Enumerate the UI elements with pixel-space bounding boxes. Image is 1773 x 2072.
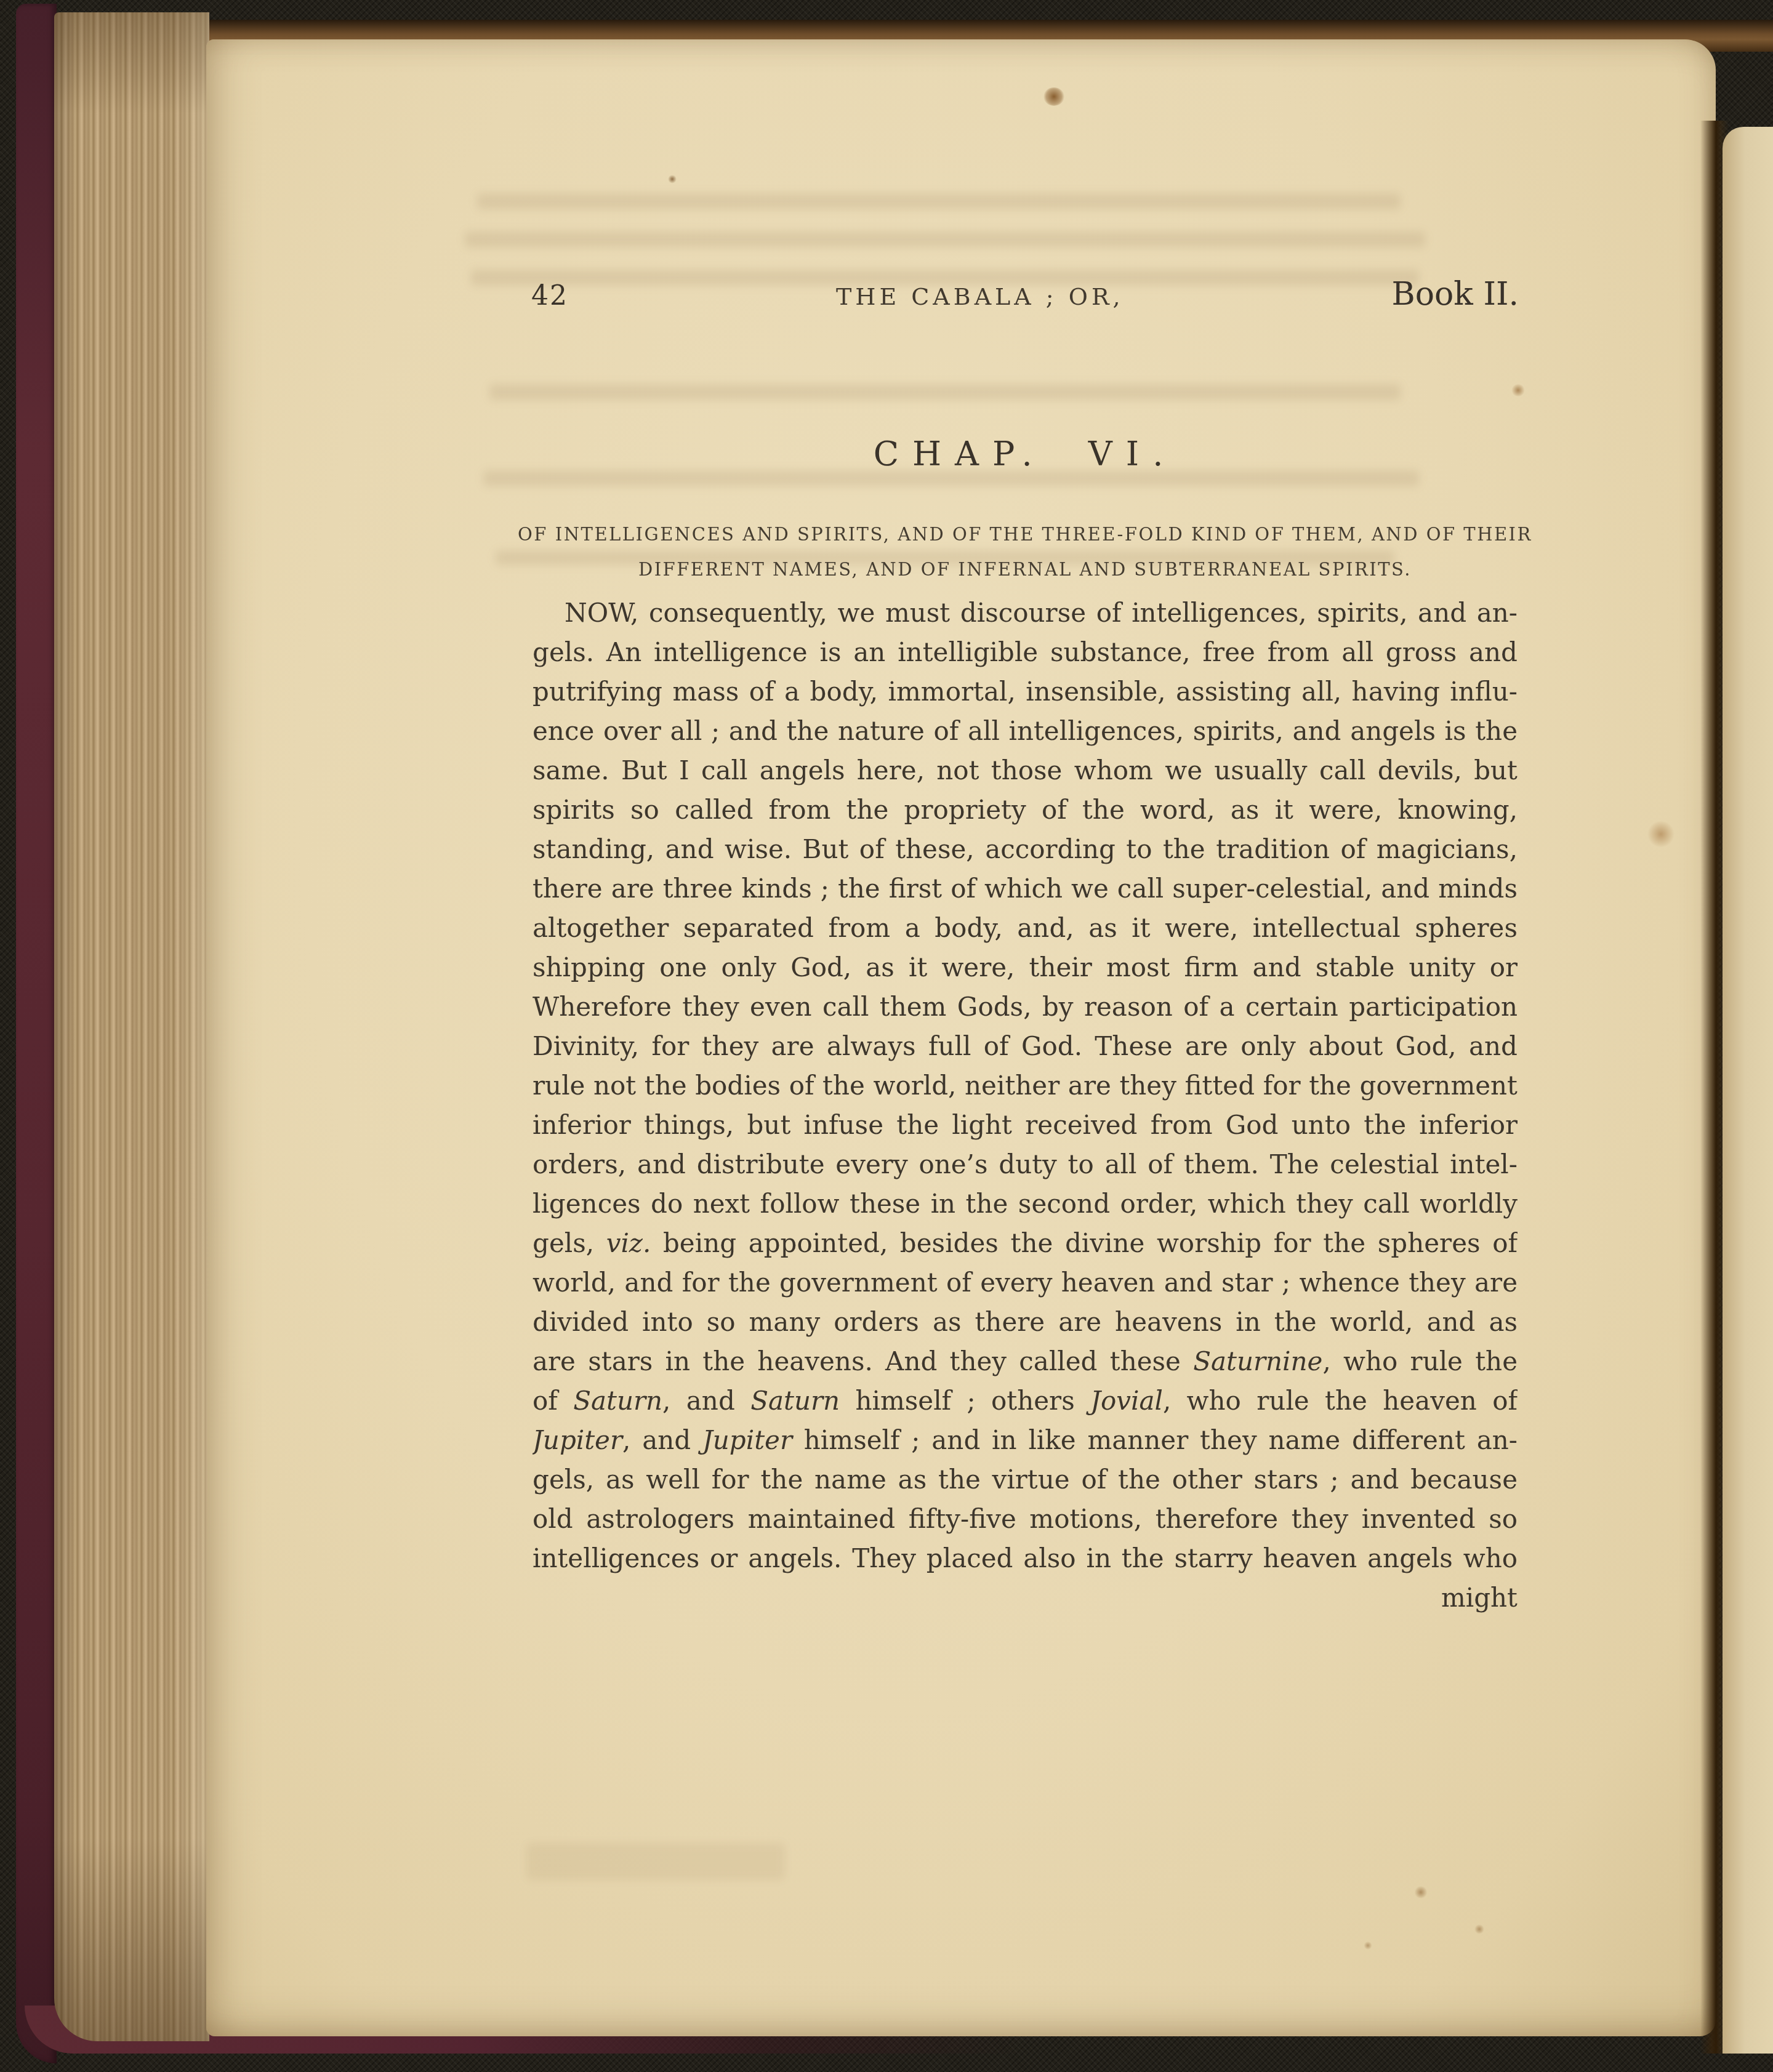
body-line: inferior things, but infuse the light re…	[533, 1106, 1518, 1145]
facing-page-edge	[1723, 127, 1773, 2054]
body-line: NOW, consequently, we must discourse of …	[533, 593, 1518, 633]
body-line: gels. An intelligence is an intelligible…	[533, 633, 1518, 672]
chapter-heading: CHAP. VI.	[531, 435, 1519, 473]
page-number: 42	[531, 280, 568, 311]
running-head: 42 THE CABALA ; OR, Book II.	[531, 276, 1519, 313]
body-line: gels, viz. being appointed, besides the …	[533, 1224, 1518, 1263]
body-line: spirits so called from the propriety of …	[533, 790, 1518, 830]
body-line: ligences do next follow these in the sec…	[533, 1184, 1518, 1224]
book-cover-left-edge	[16, 4, 57, 2063]
book-page: 42 THE CABALA ; OR, Book II. CHAP. VI. O…	[206, 39, 1716, 2036]
running-title: THE CABALA ; OR,	[836, 283, 1124, 310]
body-line: standing, and wise. But of these, accord…	[533, 830, 1518, 869]
body-line: old astrologers maintained fifty-five mo…	[533, 1500, 1518, 1539]
bleedthrough-streak	[526, 1843, 785, 1880]
body-line: divided into so many orders as there are…	[533, 1303, 1518, 1342]
body-line: rule not the bodies of the world, neithe…	[533, 1066, 1518, 1106]
stain	[1364, 1941, 1372, 1950]
stain	[1414, 1886, 1428, 1898]
chapter-subtitle-line2: DIFFERENT NAMES, AND OF INFERNAL AND SUB…	[507, 552, 1543, 587]
body-line: gels, as well for the name as the virtue…	[533, 1460, 1518, 1500]
catchword: might	[533, 1578, 1518, 1618]
body-line: ence over all ; and the nature of all in…	[533, 712, 1518, 751]
page-block-fore-edge	[54, 12, 209, 2041]
body-line: intelligences or angels. They placed als…	[533, 1539, 1518, 1578]
stain	[1511, 384, 1525, 396]
chapter-subtitle: OF INTELLIGENCES AND SPIRITS, AND OF THE…	[507, 517, 1543, 587]
body-line: are stars in the heavens. And they calle…	[533, 1342, 1518, 1381]
book-photograph: 42 THE CABALA ; OR, Book II. CHAP. VI. O…	[0, 0, 1773, 2072]
book-label: Book II.	[1392, 276, 1519, 313]
bleedthrough-streak	[465, 231, 1425, 247]
body-line: same. But I call angels here, not those …	[533, 751, 1518, 790]
body-line: world, and for the government of every h…	[533, 1263, 1518, 1303]
body-line: Wherefore they even call them Gods, by r…	[533, 987, 1518, 1027]
bleedthrough-streak	[489, 384, 1401, 400]
body-line: there are three kinds ; the first of whi…	[533, 869, 1518, 909]
chapter-subtitle-line1: OF INTELLIGENCES AND SPIRITS, AND OF THE…	[507, 517, 1543, 552]
body-line: shipping one only God, as it were, their…	[533, 948, 1518, 987]
bleedthrough-streak	[477, 193, 1401, 209]
stain	[668, 175, 677, 183]
body-line: Jupiter, and Jupiter himself ; and in li…	[533, 1421, 1518, 1460]
body-line: Divinity, for they are always full of Go…	[533, 1027, 1518, 1066]
stain	[1647, 821, 1675, 847]
body-line: altogether separated from a body, and, a…	[533, 909, 1518, 948]
body-line: orders, and distribute every one’s duty …	[533, 1145, 1518, 1184]
stain	[1043, 87, 1064, 106]
body-line: of Saturn, and Saturn himself ; others J…	[533, 1381, 1518, 1421]
body-text: NOW, consequently, we must discourse of …	[533, 593, 1518, 1618]
body-line: putrifying mass of a body, immortal, ins…	[533, 672, 1518, 712]
stain	[1474, 1924, 1484, 1934]
